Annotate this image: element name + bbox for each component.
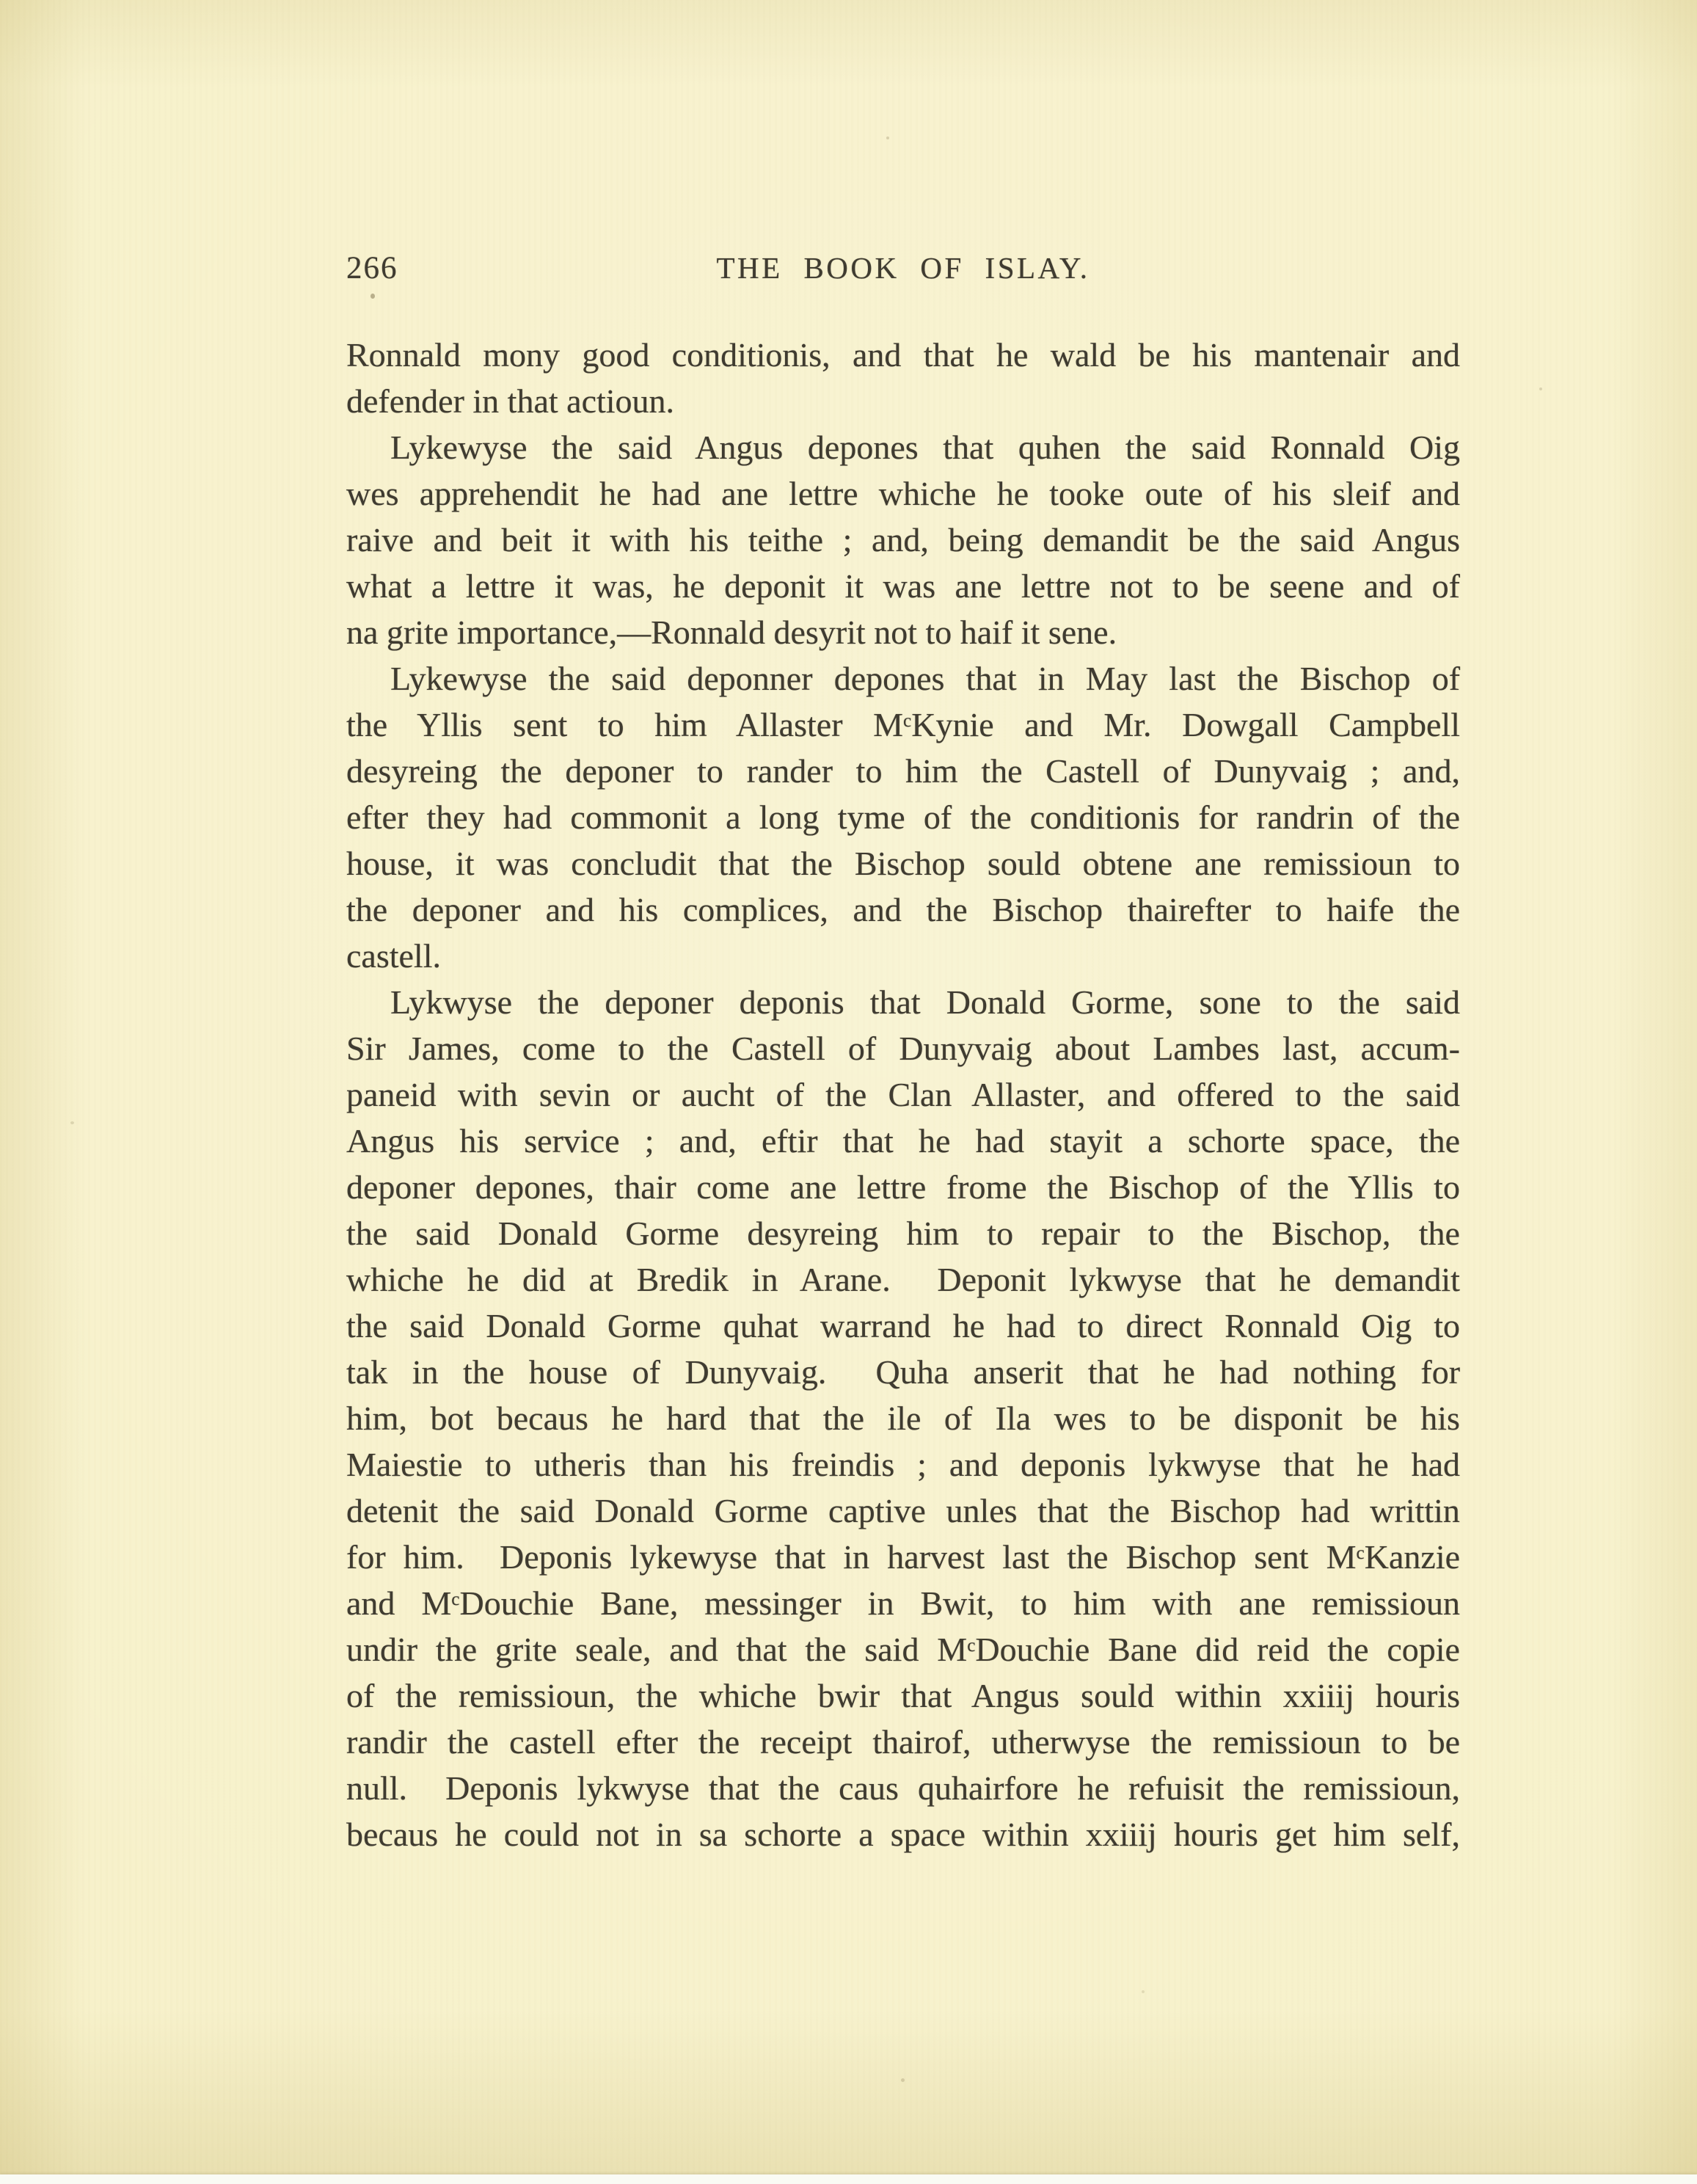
running-title: THE BOOK OF ISLAY. — [346, 252, 1460, 284]
scan-edge-strip — [0, 2174, 1697, 2184]
dust-speck — [371, 294, 375, 299]
dust-speck — [1539, 387, 1542, 390]
text-line: the deponer and his complices, and the B… — [346, 887, 1460, 933]
dust-speck — [70, 1121, 74, 1124]
text-line: randir the castell efter the receipt tha… — [346, 1719, 1460, 1765]
text-line: what a lettre it was, he deponit it was … — [346, 563, 1460, 609]
text-line: na grite importance,—Ronnald desyrit not… — [346, 609, 1460, 655]
text-line: becaus he could not in sa schorte a spac… — [346, 1811, 1460, 1857]
book-page: 266 THE BOOK OF ISLAY. Ronnald mony good… — [0, 0, 1697, 2184]
page-header: 266 THE BOOK OF ISLAY. — [346, 252, 1460, 291]
text-line: Sir James, come to the Castell of Dunyva… — [346, 1025, 1460, 1071]
text-line: null. Deponis lykwyse that the caus quha… — [346, 1765, 1460, 1811]
text-line: Angus his service ; and, eftir that he h… — [346, 1118, 1460, 1164]
text-line: whiche he did at Bredik in Arane. Deponi… — [346, 1256, 1460, 1303]
text-line: defender in that actioun. — [346, 378, 1460, 424]
text-line: wes apprehendit he had ane lettre whiche… — [346, 470, 1460, 517]
text-line: him, bot becaus he hard that the ile of … — [346, 1395, 1460, 1441]
dust-speck — [886, 136, 889, 139]
text-line: for him. Deponis lykewyse that in harves… — [346, 1534, 1460, 1580]
text-line: Lykewyse the said deponner depones that … — [346, 655, 1460, 702]
text-line: efter they had commonit a long tyme of t… — [346, 794, 1460, 840]
text-line: Lykwyse the deponer deponis that Donald … — [346, 979, 1460, 1025]
text-line: Maiestie to utheris than his freindis ; … — [346, 1441, 1460, 1488]
dust-speck — [901, 2078, 905, 2082]
text-line: Ronnald mony good conditionis, and that … — [346, 332, 1460, 378]
text-line: raive and beit it with his teithe ; and,… — [346, 517, 1460, 563]
paragraph: Lykwyse the deponer deponis that Donald … — [346, 979, 1460, 1857]
text-line: Lykewyse the said Angus depones that quh… — [346, 424, 1460, 470]
paragraph: Lykewyse the said Angus depones that quh… — [346, 424, 1460, 655]
text-line: the said Donald Gorme desyreing him to r… — [346, 1210, 1460, 1256]
body-text: Ronnald mony good conditionis, and that … — [346, 332, 1460, 1857]
text-line: desyreing the deponer to rander to him t… — [346, 748, 1460, 794]
text-line: house, it was concludit that the Bischop… — [346, 840, 1460, 887]
text-line: castell. — [346, 933, 1460, 979]
text-line: the Yllis sent to him Allaster McKynie a… — [346, 702, 1460, 748]
text-line: deponer depones, thair come ane lettre f… — [346, 1164, 1460, 1210]
page-number: 266 — [346, 252, 398, 284]
paragraph: Lykewyse the said deponner depones that … — [346, 655, 1460, 979]
paragraph: Ronnald mony good conditionis, and that … — [346, 332, 1460, 424]
text-line: detenit the said Donald Gorme captive un… — [346, 1488, 1460, 1534]
text-line: undir the grite seale, and that the said… — [346, 1626, 1460, 1672]
dust-speck — [1142, 1990, 1145, 1993]
text-line: of the remissioun, the whiche bwir that … — [346, 1672, 1460, 1719]
text-line: paneid with sevin or aucht of the Clan A… — [346, 1071, 1460, 1118]
text-line: tak in the house of Dunyvaig. Quha anser… — [346, 1349, 1460, 1395]
text-line: the said Donald Gorme quhat warrand he h… — [346, 1303, 1460, 1349]
text-line: and McDouchie Bane, messinger in Bwit, t… — [346, 1580, 1460, 1626]
